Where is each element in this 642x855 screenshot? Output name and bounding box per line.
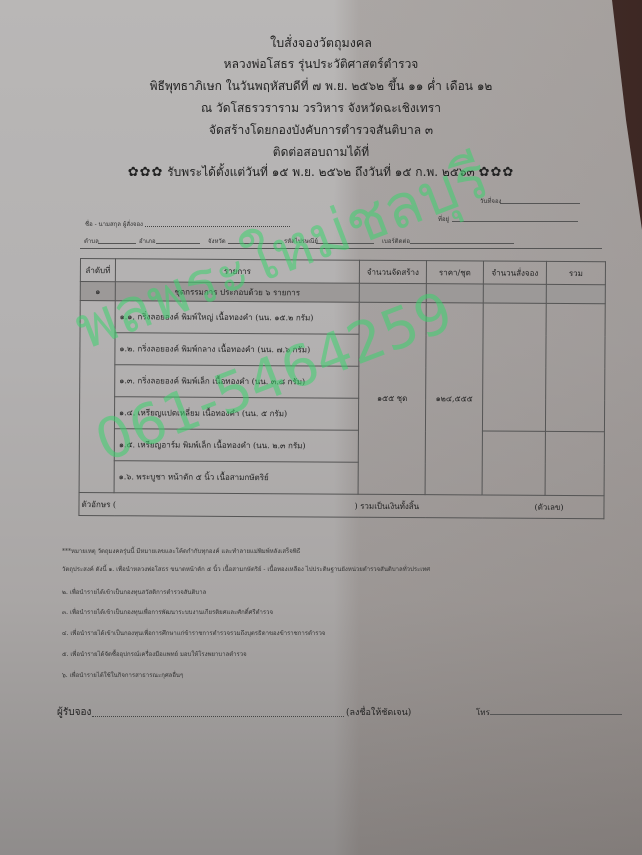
postcode-label: รหัสไปรษณีย์ (284, 236, 318, 246)
group-label: ชุดกรรมการ ประกอบด้วย ๖ รายการ (115, 282, 359, 302)
item-label: ๑.๑. กริ่งลอยองค์ พิมพ์ใหญ่ เนื้อทองคำ (… (115, 301, 359, 334)
item-label: ๑.๕. เหรียญอาร์ม พิมพ์เล็ก เนื้อทองคำ (น… (114, 429, 358, 462)
total-sum-label: ) รวมเป็นเงินทั้งสิ้น (354, 500, 419, 513)
note-objective-3: ๓. เพื่อนำรายได้เข้าเป็นกองทุนเพื่อการพั… (62, 607, 273, 617)
order-table: ลำดับที่ รายการ จำนวนจัดสร้าง ราคา/ชุด จ… (78, 258, 606, 519)
line-total-cell-2[interactable] (545, 431, 604, 495)
col-header-total: รวม (546, 261, 605, 284)
total-in-words-label: ตัวอักษร ( (81, 498, 116, 511)
name-field[interactable] (145, 226, 290, 227)
subdistrict-field[interactable] (98, 243, 136, 244)
location-line: ณ วัดโสธรวราราม วรวิหาร จังหวัดฉะเชิงเทร… (0, 99, 642, 118)
line-total-cell[interactable] (545, 303, 605, 431)
col-header-no: ลำดับที่ (80, 259, 115, 282)
group-number: ๑ (80, 282, 115, 301)
pickup-line: ✿✿✿ รับพระได้ตั้งแต่วันที่ ๑๕ พ.ย. ๒๕๖๒ … (0, 163, 642, 182)
phone-label: เบอร์ติดต่อ (382, 236, 410, 246)
district-field[interactable] (156, 243, 200, 244)
ordered-quantity-cell[interactable] (482, 303, 546, 431)
table-row: ๑.๕. เหรียญอาร์ม พิมพ์เล็ก เนื้อทองคำ (น… (79, 428, 604, 463)
ordered-quantity-cell-2[interactable] (482, 431, 545, 495)
phone-field[interactable] (410, 243, 514, 244)
table-row: ๑.๑. กริ่งลอยองค์ พิมพ์ใหญ่ เนื้อทองคำ (… (80, 301, 605, 336)
phone-signature-label: โทร (476, 706, 490, 719)
table-total-row: ตัวอักษร ( ) รวมเป็นเงินทั้งสิ้น (ตัวเลข… (79, 492, 604, 518)
name-label: ชื่อ - นามสกุล ผู้สั่งจอง (85, 219, 143, 229)
item-label: ๑.๓. กริ่งลอยองค์ พิมพ์เล็ก เนื้อทองคำ (… (115, 365, 359, 398)
phone-signature-field[interactable] (490, 714, 622, 715)
item-label: ๑.๒. กริ่งลอยองค์ พิมพ์กลาง เนื้อทองคำ (… (115, 333, 359, 366)
province-label: จังหวัด (208, 236, 226, 246)
item-label: ๑.๖. พระบูชา หน้าตัก ๕ นิ้ว เนื้อสามกษัต… (114, 461, 358, 494)
postcode-field[interactable] (316, 243, 374, 244)
note-objective-2: ๒. เพื่อนำรายได้เข้าเป็นกองทุนสวัสดิการต… (62, 587, 206, 597)
quantity-produced: ๑๕๕ ชุด (358, 302, 426, 494)
col-header-item: รายการ (115, 259, 359, 283)
signature-hint: (ลงชื่อให้ชัดเจน) (346, 705, 411, 719)
contact-line: ติดต่อสอบถามได้ที่ (0, 143, 642, 162)
price-per-set: ๑๒๔,๕๕๕ (425, 303, 483, 495)
form-title: ใบสั่งจองวัตถุมงคล (0, 33, 642, 53)
note-objective-1: วัตถุประสงค์ ดังนี้ ๑. เพื่อนำหลวงพ่อโสธ… (62, 564, 430, 574)
address-field[interactable] (452, 221, 578, 222)
district-label: อำเภอ (139, 236, 156, 246)
organizer-line: จัดสร้างโดยกองบังคับการตำรวจสันติบาล ๓ (0, 121, 642, 140)
pickup-dates: รับพระได้ตั้งแต่วันที่ ๑๕ พ.ย. ๒๕๖๒ ถึงว… (167, 165, 475, 179)
note-objective-4: ๔. เพื่อนำรายได้เข้าเป็นกองทุนเพื่อการศึ… (62, 628, 325, 638)
total-in-numbers-label: (ตัวเลข) (534, 501, 563, 514)
address-label: ที่อยู่ (438, 214, 449, 224)
form-divider (80, 248, 602, 249)
reserver-signature-field[interactable] (92, 716, 344, 717)
flower-icon: ✿✿✿ (128, 165, 164, 180)
date-field[interactable] (500, 203, 580, 204)
date-label: วันที่จอง (480, 196, 501, 206)
col-header-ordered: จำนวนสั่งจอง (483, 261, 546, 284)
note-objective-6: ๖. เพื่อนำรายได้ใช้ในกิจการสาธารณะกุศลอื… (62, 670, 183, 680)
note-remark: ***หมายเหตุ วัตถุมงคลรุ่นนี้ มีหมายเลขแล… (62, 546, 300, 556)
subdistrict-label: ตำบล (84, 236, 99, 246)
item-label: ๑.๔. เหรียญแปดเหลี่ยม เนื้อทองคำ (นน. ๕ … (114, 397, 358, 430)
table-header-row: ลำดับที่ รายการ จำนวนจัดสร้าง ราคา/ชุด จ… (80, 259, 605, 285)
reserver-label: ผู้รับจอง (57, 705, 91, 720)
flower-icon: ✿✿✿ (479, 165, 515, 180)
col-header-price: ราคา/ชุด (426, 261, 483, 284)
province-field[interactable] (228, 243, 282, 244)
ceremony-line: พิธีพุทธาภิเษก ในวันพฤหัสบดีที่ ๗ พ.ย. ๒… (0, 77, 642, 96)
order-form-paper: ใบสั่งจองวัตถุมงคล หลวงพ่อโสธร รุ่นประวั… (0, 0, 642, 855)
note-objective-5: ๕. เพื่อนำรายได้จัดซื้ออุปกรณ์เครื่องมือ… (62, 649, 247, 659)
amulet-series: หลวงพ่อโสธร รุ่นประวัติศาสตร์ตำรวจ (0, 55, 642, 74)
col-header-produced: จำนวนจัดสร้าง (359, 260, 426, 283)
